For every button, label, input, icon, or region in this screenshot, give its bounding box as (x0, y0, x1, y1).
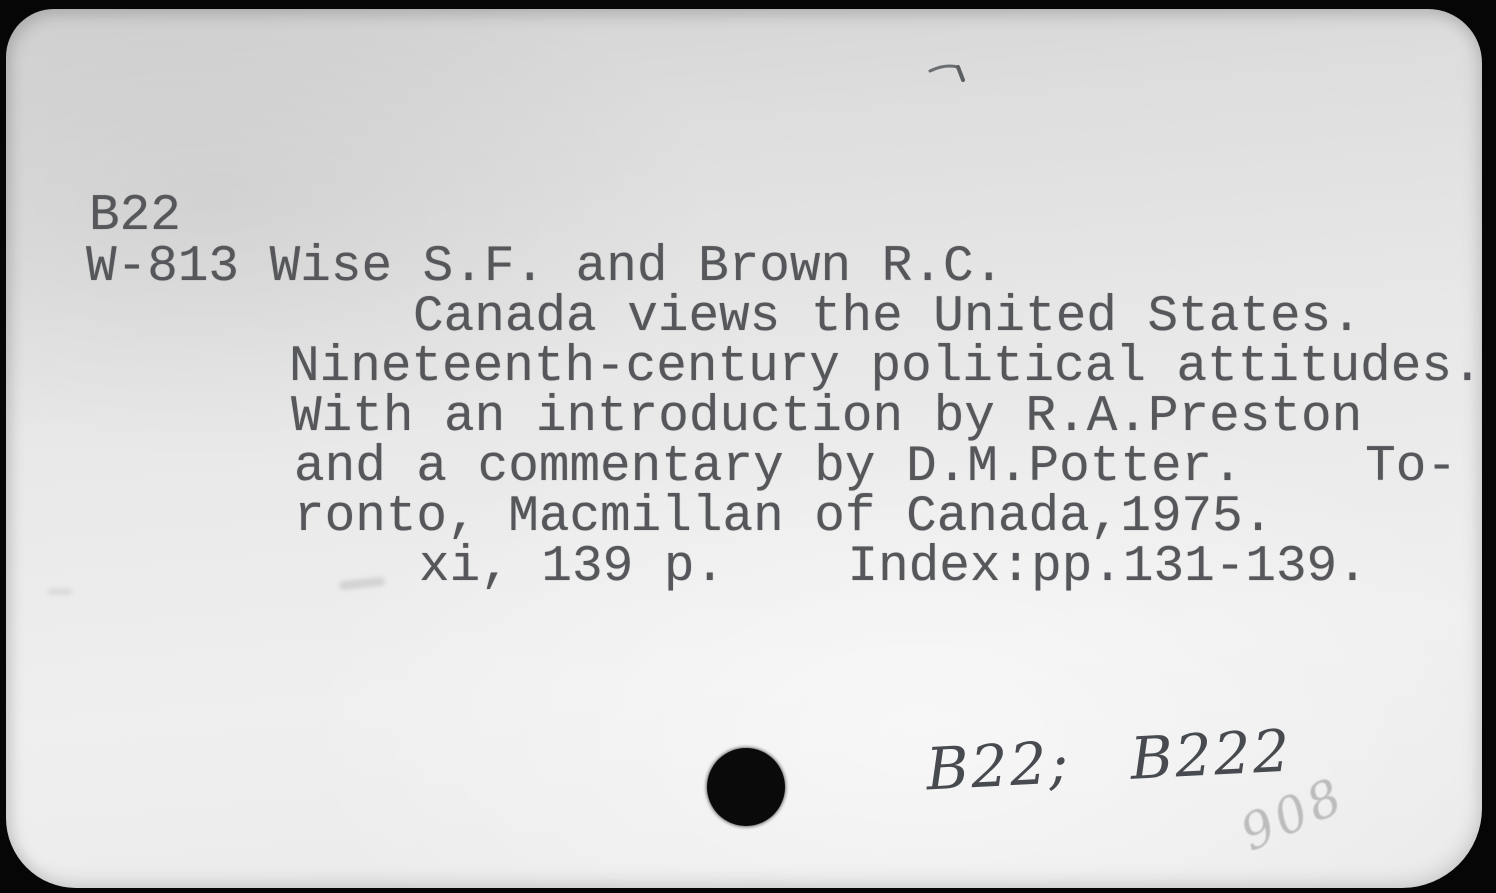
typed-line-introduction: With an introduction by R.A.Preston (291, 392, 1362, 443)
typed-line-commentary: and a commentary by D.M.Potter. To- (294, 442, 1457, 493)
handwritten-call-numbers: B22; B222 (925, 721, 1293, 798)
typed-line-title: Canada views the United States. (413, 292, 1362, 343)
typed-line-collation: xi, 139 p. Index:pp.131-139. (419, 542, 1368, 593)
scan-background: B22 W-813 Wise S.F. and Brown R.C. Canad… (0, 0, 1496, 893)
typed-line-subtitle: Nineteenth-century political attitudes. (289, 342, 1483, 393)
typed-line-class-number: B22 (89, 191, 181, 242)
hole-punch-dot (707, 748, 785, 826)
typed-line-author: W-813 Wise S.F. and Brown R.C. (86, 242, 1004, 293)
pencil-smudge-left (48, 589, 72, 595)
pen-tick-mark (926, 59, 974, 89)
pencil-smudge-under-collation (339, 577, 386, 591)
catalog-card: B22 W-813 Wise S.F. and Brown R.C. Canad… (6, 9, 1482, 888)
typed-line-imprint: ronto, Macmillan of Canada,1975. (294, 492, 1273, 543)
